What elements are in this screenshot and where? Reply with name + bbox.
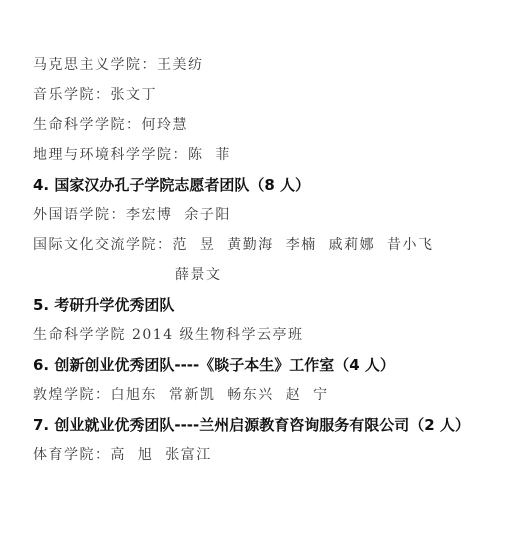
section-heading-4: 4. 国家汉办孔子学院志愿者团队（8 人） xyxy=(33,170,310,200)
award-line-foreign-language-school: 外国语学院：李宏博 余子阳 xyxy=(33,200,231,230)
award-line-marxism-school: 马克思主义学院：王美纺 xyxy=(33,50,204,80)
section-heading-7: 7. 创业就业优秀团队----兰州启源教育咨询服务有限公司（2 人） xyxy=(33,410,470,440)
section-heading-5: 5. 考研升学优秀团队 xyxy=(33,290,174,320)
award-line-life-science-class: 生命科学学院 2014 级生物科学云亭班 xyxy=(33,320,304,350)
award-line-life-science-school: 生命科学学院：何玲慧 xyxy=(33,110,188,140)
award-line-geography-school: 地理与环境科学学院：陈 菲 xyxy=(33,140,231,170)
award-line-international-culture-school: 国际文化交流学院：范 昱 黄勤海 李楠 戚莉娜 昔小飞 xyxy=(33,230,434,260)
document-page: 马克思主义学院：王美纺 音乐学院：张文丁 生命科学学院：何玲慧 地理与环境科学学… xyxy=(0,0,509,545)
award-line-international-culture-continued: 薛景文 xyxy=(175,260,222,290)
award-line-music-school: 音乐学院：张文丁 xyxy=(33,80,157,110)
award-line-sports-school: 体育学院：高 旭 张富江 xyxy=(33,440,212,470)
section-heading-6: 6. 创新创业优秀团队----《睒子本生》工作室（4 人） xyxy=(33,350,395,380)
award-line-dunhuang-school: 敦煌学院：白旭东 常新凯 畅东兴 赵 宁 xyxy=(33,380,329,410)
